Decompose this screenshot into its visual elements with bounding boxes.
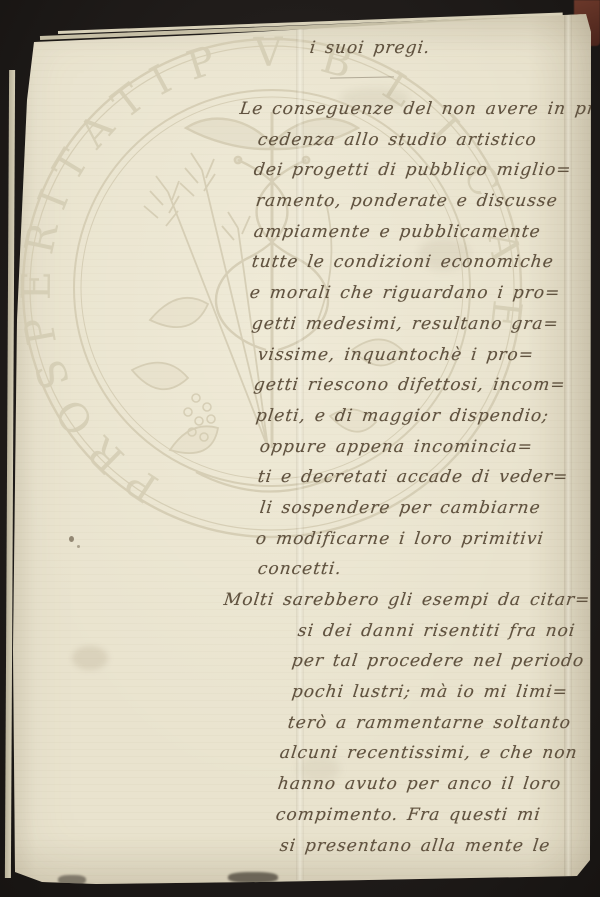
manuscript-line: compimento. Fra questi mi: [26, 800, 596, 831]
manuscript-line: ti e decretati accade di veder=: [26, 462, 596, 493]
paper-edge-blotch: [58, 875, 86, 885]
manuscript-line: i suoi pregi.: [26, 33, 596, 64]
manuscript-body-text: Le conseguenze del non avere in pre=cede…: [26, 94, 592, 861]
manuscript-line: pleti, e di maggior dispendio;: [26, 401, 596, 432]
manuscript-line: pochi lustri; mà io mi limi=: [26, 677, 596, 708]
manuscript-line: per tal procedere nel periodo di: [26, 646, 596, 677]
manuscript-line: o modificarne i loro primitivi: [26, 524, 596, 555]
manuscript-line: Le conseguenze del non avere in pre=: [26, 94, 596, 125]
manuscript-line: hanno avuto per anco il loro: [26, 769, 596, 800]
manuscript-opening-text: i suoi pregi.: [26, 33, 592, 64]
manuscript-line: e morali che riguardano i pro=: [26, 278, 596, 309]
manuscript-line: si presentano alla mente le: [26, 831, 596, 862]
manuscript-line: tutte le condizioni economiche: [26, 247, 596, 278]
manuscript-line: concetti.: [26, 554, 596, 585]
manuscript-line: getti medesimi, resultano gra=: [26, 309, 596, 340]
manuscript-line: li sospendere per cambiarne: [26, 493, 596, 524]
manuscript-line: alcuni recentissimi, e che non: [26, 738, 596, 769]
stacked-sheet-edge: [5, 70, 15, 878]
manuscript-line: Molti sarebbero gli esempi da citar=: [26, 585, 596, 616]
manuscript-line: ramento, ponderate e discusse: [26, 186, 596, 217]
manuscript-line: ampiamente e pubblicamente: [26, 217, 596, 248]
manuscript-line: si dei danni risentiti fra noi: [26, 616, 596, 647]
manuscript-line: vissime, inquantochè i pro=: [26, 340, 596, 371]
manuscript-line: oppure appena incomincia=: [26, 432, 596, 463]
manuscript-line: getti riescono difettosi, incom=: [26, 370, 596, 401]
manuscript-line: cedenza allo studio artistico: [26, 125, 596, 156]
manuscript-line: dei progetti di pubblico miglio=: [26, 155, 596, 186]
manuscript-page: PROSPERITATI PVBLICAE i suoi pregi. Le c…: [0, 0, 600, 897]
manuscript-photo: PROSPERITATI PVBLICAE i suoi pregi. Le c…: [0, 0, 600, 897]
manuscript-line: terò a rammentarne soltanto: [26, 708, 596, 739]
paper-edge-blotch: [228, 872, 278, 883]
